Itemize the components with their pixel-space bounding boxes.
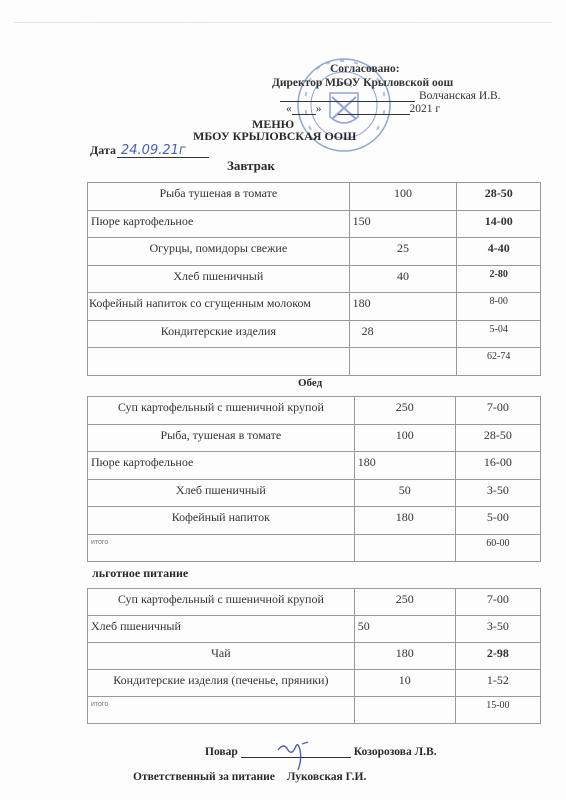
- dish-price: 28-50: [455, 424, 540, 452]
- table-row-total: 62-74: [88, 348, 541, 376]
- dish-price: 3-50: [455, 616, 540, 643]
- cook-label: Повар: [205, 746, 238, 758]
- breakfast-table: Рыба тушеная в томате 100 28-50 Пюре кар…: [87, 182, 541, 376]
- date-value: 24.09.21г: [117, 144, 209, 158]
- dish-price: 5-00: [455, 507, 540, 535]
- dish-name: Суп картофельный с пшеничной крупой: [88, 397, 355, 425]
- dish-name: Хлеб пшеничный: [88, 616, 355, 643]
- day-blank: [292, 103, 316, 115]
- section-title-lunch: Обед: [298, 377, 322, 389]
- school-title: МБОУ КРЫЛОВСКАЯ ООШ: [193, 129, 356, 144]
- table-row: Суп картофельный с пшеничной крупой 250 …: [88, 397, 541, 425]
- dish-weight: 50: [354, 479, 455, 507]
- dish-name: Хлеб пшеничный: [88, 265, 350, 293]
- table-row: Рыба, тушеная в томате 100 28-50: [88, 424, 541, 452]
- table-row-total: итого 15-00: [88, 697, 541, 724]
- dish-weight: 150: [349, 210, 457, 238]
- dish-name: Хлеб пшеничный: [88, 479, 355, 507]
- dish-weight: 50: [354, 616, 455, 643]
- approval-director-line: Директор МБОУ Крыловской оош: [272, 77, 453, 89]
- table-row: Кофейный напиток 180 5-00: [88, 507, 541, 535]
- date-label: Дата: [90, 143, 116, 157]
- dish-name: Пюре картофельное: [88, 210, 350, 238]
- table-row: Кондитерские изделия 28 5-04: [88, 320, 541, 348]
- dish-price: 7-00: [455, 589, 540, 616]
- month-blank: [338, 103, 410, 115]
- benefit-table: Суп картофельный с пшеничной крупой 250 …: [87, 588, 541, 724]
- table-row: Кондитерские изделия (печенье, пряники) …: [88, 670, 541, 697]
- dish-price: 5-04: [457, 320, 541, 348]
- total-label: [88, 348, 350, 376]
- dish-weight: 25: [349, 238, 457, 266]
- table-row: Кофейный напиток со сгущенным молоком 18…: [88, 293, 541, 321]
- dish-price: 14-00: [457, 210, 541, 238]
- menu-document: Согласовано: Директор МБОУ Крыловской оо…: [0, 0, 566, 800]
- dish-price: 3-50: [455, 479, 540, 507]
- responsible-name: Луковская Г.И.: [287, 771, 366, 783]
- dish-name: Кондитерские изделия: [88, 320, 350, 348]
- dish-price: 4-40: [457, 238, 541, 266]
- table-row: Хлеб пшеничный 50 3-50: [88, 479, 541, 507]
- dish-weight: 100: [349, 183, 457, 211]
- dish-price: 2-98: [455, 643, 540, 670]
- dish-name: Кондитерские изделия (печенье, пряники): [88, 670, 355, 697]
- responsible-label: Ответственный за питание: [133, 771, 275, 783]
- dish-name: Огурцы, помидоры свежие: [88, 238, 350, 266]
- responsible-row: Ответственный за питаниеЛуковская Г.И.: [133, 771, 366, 783]
- section-title-breakfast: Завтрак: [227, 158, 275, 174]
- table-row-total: итого 60-00: [88, 534, 541, 562]
- dish-name: Рыба тушеная в томате: [88, 183, 350, 211]
- scan-edge-line: [14, 22, 552, 23]
- dish-weight: 40: [349, 265, 457, 293]
- dish-name: Чай: [88, 643, 355, 670]
- dish-weight: 180: [354, 452, 455, 480]
- dish-name: Рыба, тушеная в томате: [88, 424, 355, 452]
- dish-price: 7-00: [455, 397, 540, 425]
- table-row: Огурцы, помидоры свежие 25 4-40: [88, 238, 541, 266]
- table-row: Пюре картофельное 180 16-00: [88, 452, 541, 480]
- total-weight: [349, 348, 457, 376]
- total-price: 60-00: [455, 534, 540, 562]
- total-price: 15-00: [455, 697, 540, 724]
- dish-weight: 250: [354, 589, 455, 616]
- dish-weight: 10: [354, 670, 455, 697]
- table-row: Хлеб пшеничный 40 2-80: [88, 265, 541, 293]
- table-row: Чай 180 2-98: [88, 643, 541, 670]
- dish-weight: 180: [354, 643, 455, 670]
- dish-name: Пюре картофельное: [88, 452, 355, 480]
- dish-name: Кофейный напиток со сгущенным молоком: [88, 293, 350, 321]
- dish-weight: 100: [354, 424, 455, 452]
- lunch-table: Суп картофельный с пшеничной крупой 250 …: [87, 396, 541, 562]
- table-row: Рыба тушеная в томате 100 28-50: [88, 183, 541, 211]
- total-price: 62-74: [457, 348, 541, 376]
- approval-year: 2021 г: [410, 103, 441, 115]
- dish-price: 8-00: [457, 293, 541, 321]
- dish-name: Кофейный напиток: [88, 507, 355, 535]
- director-name: Волчанская И.В.: [419, 90, 501, 102]
- close-quote: »: [316, 103, 322, 115]
- date-row: Дата24.09.21г: [90, 143, 209, 158]
- total-weight: [354, 697, 455, 724]
- dish-weight: 180: [349, 293, 457, 321]
- table-row: Хлеб пшеничный 50 3-50: [88, 616, 541, 643]
- total-label: итого: [88, 697, 355, 724]
- dish-price: 28-50: [457, 183, 541, 211]
- cook-signature-row: ПоварКозорозова Л.В.: [205, 746, 437, 758]
- cook-signature-line: [241, 746, 351, 758]
- cook-name: Козорозова Л.В.: [354, 746, 437, 758]
- total-label: итого: [88, 534, 355, 562]
- dish-price: 2-80: [457, 265, 541, 293]
- table-row: Пюре картофельное 150 14-00: [88, 210, 541, 238]
- table-row: Суп картофельный с пшеничной крупой 250 …: [88, 589, 541, 616]
- approval-date-row: «»2021 г: [286, 103, 440, 115]
- director-signature-line: [280, 89, 415, 102]
- dish-weight: 250: [354, 397, 455, 425]
- approval-title: Согласовано:: [330, 63, 400, 75]
- dish-price: 1-52: [455, 670, 540, 697]
- dish-name: Суп картофельный с пшеничной крупой: [88, 589, 355, 616]
- section-title-benefit: льготное питание: [92, 566, 188, 581]
- dish-weight: 180: [354, 507, 455, 535]
- dish-price: 16-00: [455, 452, 540, 480]
- total-weight: [354, 534, 455, 562]
- dish-weight: 28: [349, 320, 457, 348]
